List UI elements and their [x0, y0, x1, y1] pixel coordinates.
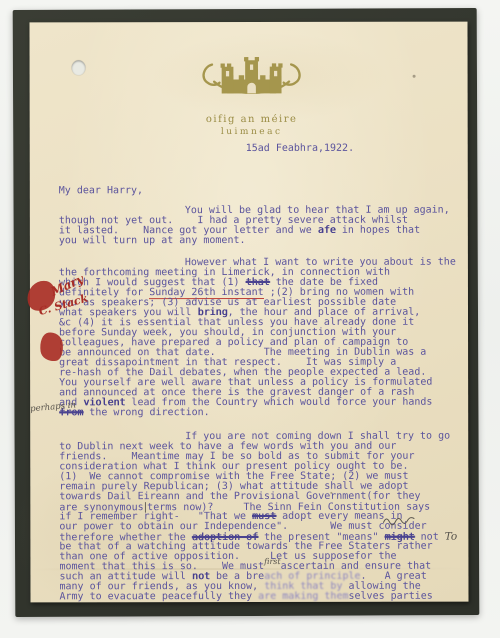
- paragraph: You will be glad to hear that I am up ag…: [59, 206, 460, 247]
- text-segment: the wrong direction.: [83, 407, 209, 418]
- text-segment: To: [445, 531, 458, 543]
- text-segment: afe: [318, 225, 336, 236]
- album-page: oifig an méire luimneac 15ad Feabhra,192…: [13, 8, 480, 617]
- letter-line: towards Dail Eireann and the Provisional…: [59, 492, 460, 503]
- text-segment: our power to obtain our Independence". W…: [59, 521, 426, 533]
- letter-line: Army to evacuate peacefully they are mak…: [59, 592, 460, 603]
- letter-paper: oifig an méire luimneac 15ad Feabhra,192…: [29, 22, 468, 603]
- text-segment: Army to evacuate peacefully they: [59, 591, 258, 602]
- text-segment: towards Dail Eireann and the Provisional…: [59, 491, 420, 503]
- text-segment: first: [264, 557, 281, 567]
- letter-line: from the wrong direction.: [59, 408, 460, 419]
- text-segment: in hopes that: [336, 225, 420, 236]
- paragraph: However what I want to write you about i…: [59, 258, 460, 419]
- text-segment: selves parties: [348, 591, 432, 602]
- text-segment: are making them: [258, 591, 348, 602]
- letter-line: you will turn up at any moment.: [59, 236, 460, 247]
- text-segment: you will turn up at any moment.: [59, 235, 246, 246]
- pencil-scribble: [382, 511, 416, 530]
